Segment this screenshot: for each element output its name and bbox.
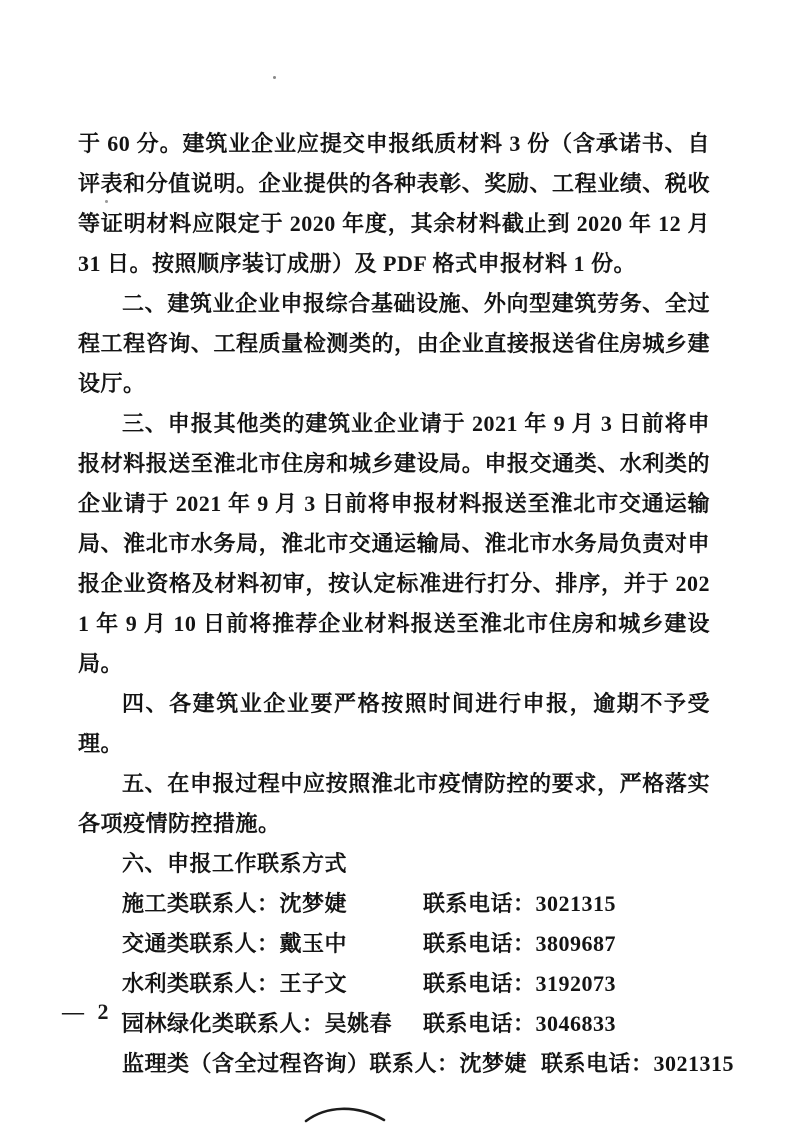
contact-row-construction: 施工类联系人：沈梦婕 联系电话：3021315 [122, 884, 710, 924]
document-body: 于 60 分。建筑业企业应提交申报纸质材料 3 份（含承诺书、自评表和分值说明。… [78, 124, 710, 1084]
contact-phone: 联系电话：3021315 [541, 1051, 734, 1076]
contact-row-water: 水利类联系人：王子文 联系电话：3192073 [122, 964, 710, 1004]
scan-speck [105, 200, 108, 203]
contact-person: 交通类联系人：戴玉中 [122, 924, 423, 964]
scan-artifact-arc [300, 1100, 392, 1123]
paragraph-item-6-heading: 六、申报工作联系方式 [78, 844, 710, 884]
contact-person: 施工类联系人：沈梦婕 [122, 884, 423, 924]
contact-phone: 联系电话：3192073 [423, 964, 616, 1004]
scan-speck [273, 76, 276, 79]
paragraph-item-2: 二、建筑业企业申报综合基础设施、外向型建筑劳务、全过程工程咨询、工程质量检测类的… [78, 284, 710, 404]
contact-person: 水利类联系人：王子文 [122, 964, 423, 1004]
document-page: 于 60 分。建筑业企业应提交申报纸质材料 3 份（含承诺书、自评表和分值说明。… [0, 0, 786, 1123]
contact-person: 监理类（含全过程咨询）联系人：沈梦婕 [122, 1051, 527, 1076]
contact-phone: 联系电话：3021315 [423, 884, 616, 924]
paragraph-item-5: 五、在申报过程中应按照淮北市疫情防控的要求，严格落实各项疫情防控措施。 [78, 764, 710, 844]
page-number: — 2 — [62, 998, 148, 1026]
contact-phone: 联系电话：3809687 [423, 924, 616, 964]
paragraph-item-4: 四、各建筑业企业要严格按照时间进行申报，逾期不予受理。 [78, 684, 710, 764]
paragraph-continuation: 于 60 分。建筑业企业应提交申报纸质材料 3 份（含承诺书、自评表和分值说明。… [78, 124, 710, 284]
contact-row-landscaping: 园林绿化类联系人：吴姚春 联系电话：3046833 [122, 1004, 710, 1044]
contact-row-transport: 交通类联系人：戴玉中 联系电话：3809687 [122, 924, 710, 964]
contact-person: 园林绿化类联系人：吴姚春 [122, 1004, 423, 1044]
contact-phone: 联系电话：3046833 [423, 1004, 616, 1044]
contact-row-supervision: 监理类（含全过程咨询）联系人：沈梦婕联系电话：3021315 [122, 1044, 710, 1084]
paragraph-item-3: 三、申报其他类的建筑业企业请于 2021 年 9 月 3 日前将申报材料报送至淮… [78, 404, 710, 684]
